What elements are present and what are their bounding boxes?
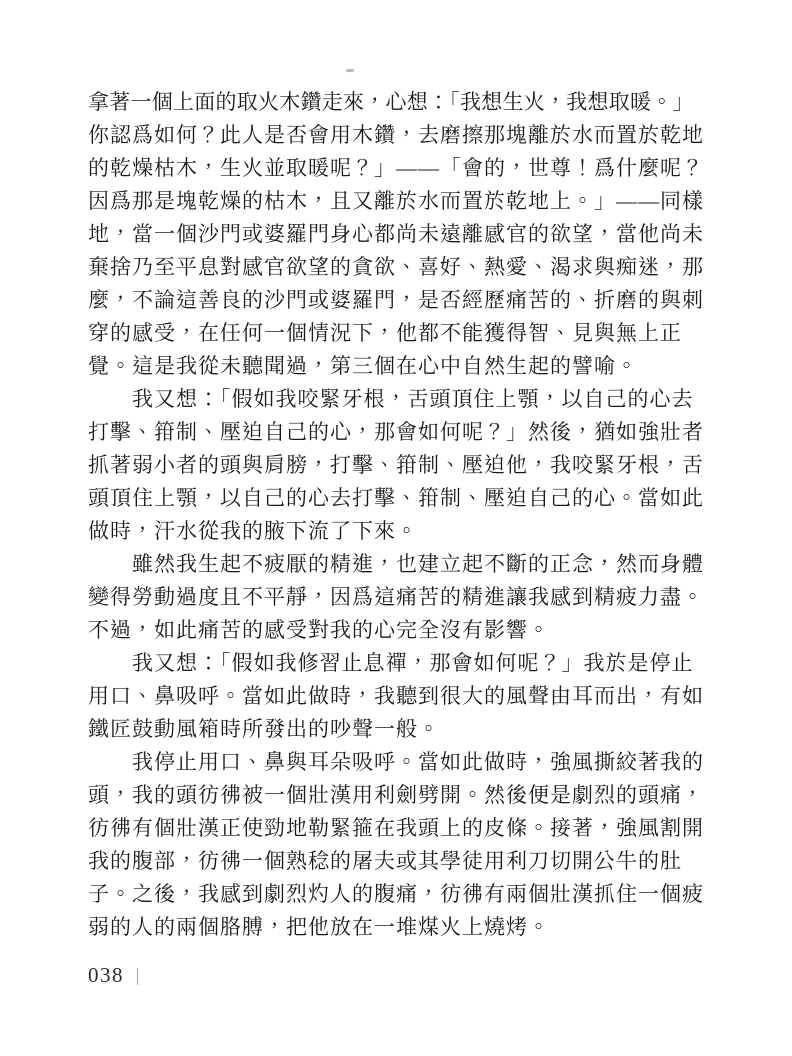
text-line: 我的腹部，彷彿一個熟稔的屠夫或其學徒用利刀切開公牛的肚 [88,845,704,878]
text-line: 變得勞動過度且不平靜，因爲這痛苦的精進讓我感到精疲力盡。 [88,581,704,614]
text-line: 的乾燥枯木，生火並取暖呢？」——「會的，世尊！爲什麼呢？ [88,152,704,185]
page-number: 038 [88,962,124,988]
text-line: 拿著一個上面的取火木鑽走來，心想：「我想生火，我想取暖。」 [88,86,704,119]
text-line: 因爲那是塊乾燥的枯木，且又離於水而置於乾地上。」——同樣 [88,185,704,218]
text-line: 子。之後，我感到劇烈灼人的腹痛，彷彿有兩個壯漢抓住一個疲 [88,878,704,911]
text-line: 抓著弱小者的頭與肩膀，打擊、箝制、壓迫他，我咬緊牙根，舌 [88,449,704,482]
text-line: 穿的感受，在任何一個情況下，他都不能獲得智、見與無上正 [88,317,704,350]
text-line: 我又想：「假如我咬緊牙根，舌頭頂住上顎，以自己的心去 [88,383,704,416]
text-line: 棄捨乃至平息對感官欲望的貪欲、喜好、熱愛、渴求與痴迷，那 [88,251,704,284]
text-line: 覺。這是我從未聽聞過，第三個在心中自然生起的譬喻。 [88,350,704,383]
text-line: 用口、鼻吸呼。當如此做時，我聽到很大的風聲由耳而出，有如 [88,680,704,713]
text-line: 鐵匠鼓動風箱時所發出的吵聲一般。 [88,713,704,746]
body-text: 拿著一個上面的取火木鑽走來，心想：「我想生火，我想取暖。」你認爲如何？此人是否會… [88,86,704,944]
text-line: 地，當一個沙門或婆羅門身心都尚未遠離感官的欲望，當他尚未 [88,218,704,251]
text-line: 雖然我生起不疲厭的精進，也建立起不斷的正念，然而身體 [88,548,704,581]
text-line: 不過，如此痛苦的感受對我的心完全沒有影響。 [88,614,704,647]
text-line: 頭，我的頭彷彿被一個壯漢用利劍劈開。然後便是劇烈的頭痛， [88,779,704,812]
text-line: 我停止用口、鼻與耳朵吸呼。當如此做時，強風撕絞著我的 [88,746,704,779]
text-line: 弱的人的兩個胳膊，把他放在一堆煤火上燒烤。 [88,911,704,944]
text-line: 你認爲如何？此人是否會用木鑽，去磨擦那塊離於水而置於乾地 [88,119,704,152]
folio-divider [137,968,138,985]
scan-artifact [346,69,354,73]
text-line: 我又想：「假如我修習止息禪，那會如何呢？」我於是停止 [88,647,704,680]
text-line: 打擊、箝制、壓迫自己的心，那會如何呢？」然後，猶如強壯者 [88,416,704,449]
text-line: 頭頂住上顎，以自己的心去打擊、箝制、壓迫自己的心。當如此 [88,482,704,515]
page-footer: 038 [88,962,138,988]
text-line: 彷彿有個壯漢正使勁地勒緊箍在我頭上的皮條。接著，強風割開 [88,812,704,845]
text-line: 麼，不論這善良的沙門或婆羅門，是否經歷痛苦的、折磨的與刺 [88,284,704,317]
text-line: 做時，汗水從我的腋下流了下來。 [88,515,704,548]
book-page: 拿著一個上面的取火木鑽走來，心想：「我想生火，我想取暖。」你認爲如何？此人是否會… [0,0,792,1056]
